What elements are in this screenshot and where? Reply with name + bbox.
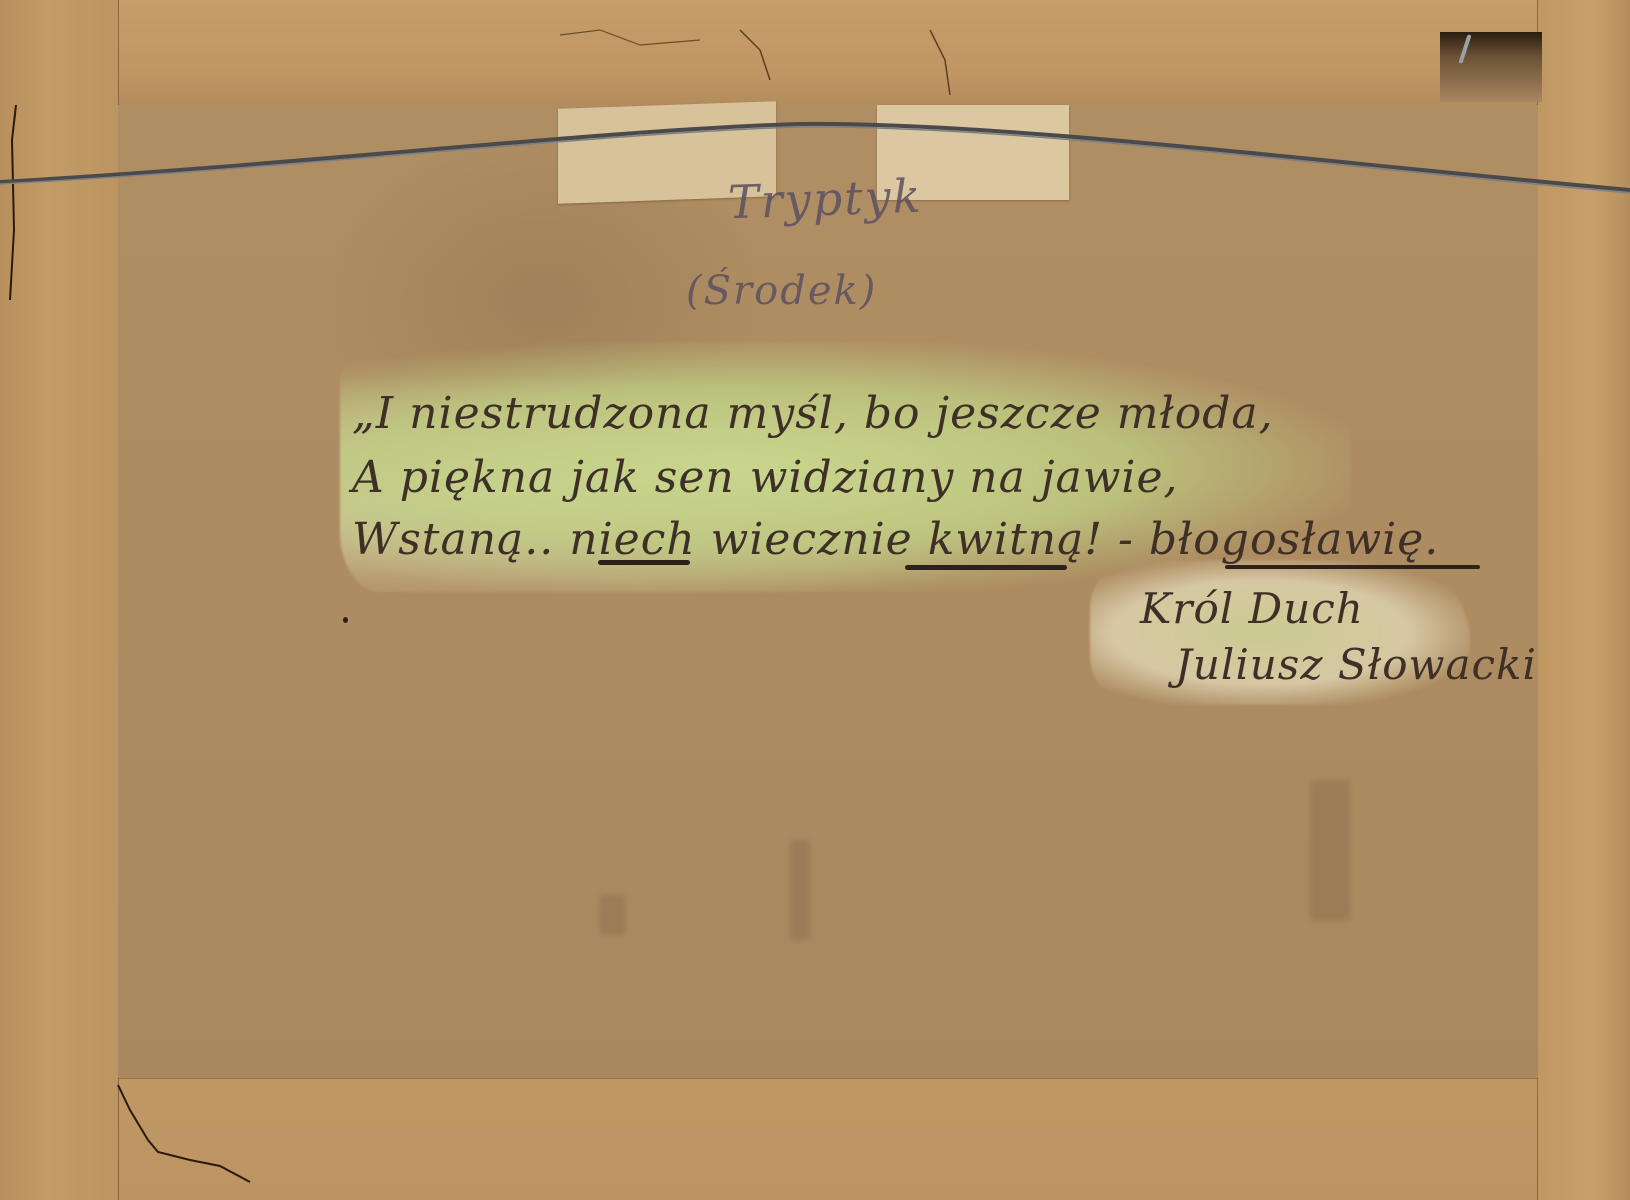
paper-strip-left — [0, 0, 119, 1200]
inscription-line-1: „I niestrudzona myśl, bo jeszcze młoda, — [352, 388, 1274, 439]
water-stain — [600, 895, 625, 935]
paper-strip-top — [0, 0, 1630, 106]
attribution-work: Król Duch — [1140, 584, 1364, 633]
water-stain — [790, 840, 810, 940]
water-stain — [1310, 780, 1350, 920]
underline-kwitna — [905, 565, 1067, 570]
paper-strip-right — [1537, 0, 1630, 1200]
pencil-subtitle: (Środek) — [686, 268, 877, 314]
inscription-line-2: A piękna jak sen widziany na jawie, — [352, 452, 1178, 503]
pencil-title: Tryptyk — [727, 169, 923, 230]
underline-niech — [598, 560, 690, 565]
attribution-author: Juliusz Słowacki — [1175, 640, 1537, 689]
torn-paper-hole — [1440, 32, 1542, 102]
ink-speck — [343, 617, 348, 623]
inscription-line-3: Wstaną.. niech wiecznie kwitną! - błogos… — [352, 514, 1439, 565]
underline-blogoslawie — [1225, 565, 1480, 569]
paper-strip-bottom — [0, 1078, 1630, 1200]
